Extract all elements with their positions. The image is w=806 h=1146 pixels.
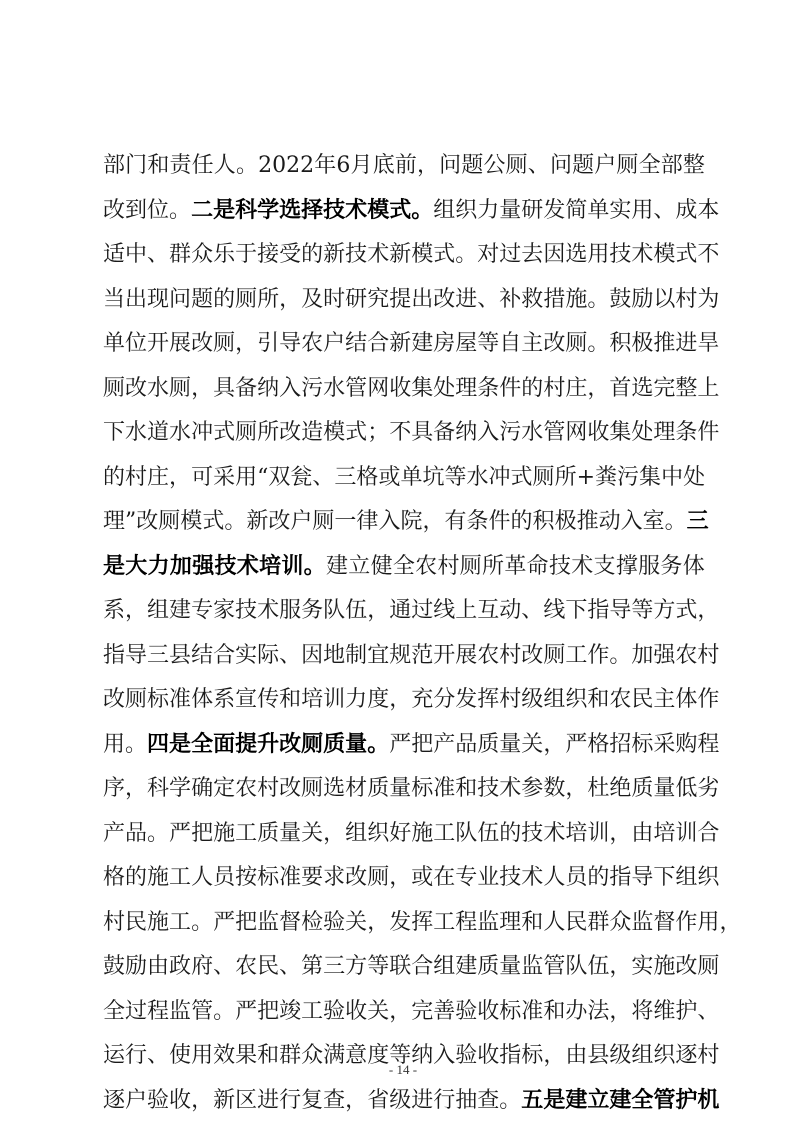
- text-char: 发: [455, 678, 477, 723]
- text-char: 竣: [279, 990, 301, 1035]
- text-char: 式: [675, 589, 697, 634]
- text-char: 导: [631, 856, 653, 901]
- text-char: 改: [125, 367, 147, 412]
- text-char: ，: [235, 322, 257, 367]
- text-char: 系: [103, 589, 125, 634]
- text-char: 质: [367, 767, 389, 812]
- text-char: 部: [103, 144, 125, 189]
- text-char: 训: [675, 812, 697, 857]
- text-char: 改: [191, 322, 213, 367]
- text-char: 度: [367, 678, 389, 723]
- text-char: 省: [367, 1079, 389, 1124]
- text-char: 冲: [191, 411, 213, 456]
- text-char: 单: [103, 322, 125, 367]
- text-char: 厕: [312, 500, 334, 545]
- text-char: 量: [499, 723, 521, 768]
- bold-heading-char: 改: [279, 723, 301, 768]
- text-char: 办: [565, 990, 587, 1035]
- text-char: 理: [499, 901, 521, 946]
- text-char: 质: [631, 767, 653, 812]
- text-line: 逐户验收，新区进行复查，省级进行抽查。五是建立建全管护机: [103, 1079, 705, 1124]
- text-char: 、: [312, 456, 334, 501]
- text-char: 改: [345, 856, 367, 901]
- text-char: 管: [543, 411, 565, 456]
- text-char: 产: [433, 723, 455, 768]
- text-char: 补: [499, 278, 521, 323]
- text-char: 理: [653, 411, 675, 456]
- text-char: 农: [301, 322, 323, 367]
- text-char: 究: [367, 278, 389, 323]
- text-char: 的: [125, 856, 147, 901]
- text-char: ，: [565, 767, 587, 812]
- text-char: 室: [643, 500, 665, 545]
- text-char: 革: [504, 545, 526, 590]
- text-char: 极: [631, 322, 653, 367]
- text-char: 严: [235, 990, 257, 1035]
- text-char: 作: [675, 901, 697, 946]
- text-char: 监: [631, 901, 653, 946]
- text-char: ，: [422, 500, 444, 545]
- text-char: 地: [323, 634, 345, 679]
- text-char: 、: [653, 189, 675, 234]
- text-char: 单: [400, 456, 422, 501]
- text-char: 等: [477, 322, 499, 367]
- text-char: 招: [609, 723, 631, 768]
- text-char: 数: [543, 767, 565, 812]
- text-char: 。: [169, 189, 191, 234]
- text-char: 技: [549, 545, 571, 590]
- text-char: 时: [323, 278, 345, 323]
- text-char: 规: [389, 634, 411, 679]
- text-char: ，: [279, 278, 301, 323]
- text-char: 条: [477, 367, 499, 412]
- text-char: 厕: [103, 367, 125, 412]
- text-char: 分: [433, 678, 455, 723]
- text-char: 问: [439, 144, 461, 189]
- text-char: 组: [345, 812, 367, 857]
- text-char: 自: [499, 322, 521, 367]
- text-char: 污: [301, 367, 323, 412]
- bold-heading-char: 术: [345, 189, 367, 234]
- text-char: 引: [257, 322, 279, 367]
- text-char: 改: [103, 678, 125, 723]
- text-char: 由: [147, 945, 169, 990]
- text-char: 式: [345, 411, 367, 456]
- text-char: 去: [521, 233, 543, 278]
- text-char: 户: [323, 322, 345, 367]
- text-char: 上: [697, 367, 719, 412]
- text-char: 县: [169, 634, 191, 679]
- text-char: 中: [661, 456, 683, 501]
- text-char: ，: [389, 678, 411, 723]
- text-char: 村: [103, 901, 125, 946]
- text-char: 健: [371, 545, 393, 590]
- text-char: 民: [565, 901, 587, 946]
- text-line: 单位开展改厕，引导农户结合新建房屋等自主改厕。积极推进旱: [103, 322, 705, 367]
- text-char: 简: [565, 189, 587, 234]
- text-char: 和: [543, 990, 565, 1035]
- text-char: 模: [653, 233, 675, 278]
- document-page: 部门和责任人。2022年6月底前，问题公厕、问题户厕全部整改到位。二是科学选择技…: [0, 0, 806, 1146]
- text-char: 力: [477, 189, 499, 234]
- text-char: 采: [213, 456, 235, 501]
- text-char: 法: [587, 990, 609, 1035]
- text-char: 完: [653, 367, 675, 412]
- text-char: 极: [555, 500, 577, 545]
- bold-heading-char: 立: [587, 1079, 609, 1124]
- text-char: 入: [378, 500, 400, 545]
- text-char: 际: [257, 634, 279, 679]
- text-char: 作: [587, 634, 609, 679]
- text-char: 制: [345, 634, 367, 679]
- text-char: 程: [697, 723, 719, 768]
- text-char: ，: [609, 990, 631, 1035]
- text-char: 第: [301, 945, 323, 990]
- text-char: 和: [147, 144, 169, 189]
- text-char: 开: [147, 322, 169, 367]
- text-char: 进: [411, 1079, 433, 1124]
- text-char: 管: [191, 990, 213, 1035]
- text-char: 量: [389, 767, 411, 812]
- text-char: 工: [301, 990, 323, 1035]
- text-char: 绝: [609, 767, 631, 812]
- text-char: 件: [489, 500, 511, 545]
- text-char: 水: [323, 367, 345, 412]
- text-char: 一: [334, 500, 356, 545]
- text-char: 改: [521, 634, 543, 679]
- text-char: 技: [521, 812, 543, 857]
- text-char: 队: [323, 589, 345, 634]
- text-char: ，: [323, 812, 345, 857]
- text-char: 学: [169, 767, 191, 812]
- text-char: 前: [395, 144, 417, 189]
- text-char: 冲: [489, 456, 511, 501]
- text-char: 用: [697, 901, 719, 946]
- text-char: 专: [191, 589, 213, 634]
- text-char: 措: [543, 278, 565, 323]
- text-char: 专: [455, 856, 477, 901]
- text-char: 序: [103, 767, 125, 812]
- text-line: 村民施工。严把监督检验关，发挥工程监理和人民群众监督作用，: [103, 901, 705, 946]
- text-char: 护: [675, 990, 697, 1035]
- text-char: 到: [125, 189, 147, 234]
- text-char: 方: [345, 945, 367, 990]
- text-char: 术: [571, 545, 593, 590]
- text-char: 维: [653, 990, 675, 1035]
- text-char: 公: [483, 144, 505, 189]
- bold-heading-char: 加: [170, 545, 192, 590]
- text-char: 众: [609, 901, 631, 946]
- text-char: 等: [367, 945, 389, 990]
- text-char: 村: [543, 367, 565, 412]
- text-char: 准: [521, 990, 543, 1035]
- text-char: 推: [577, 500, 599, 545]
- text-char: 村: [499, 634, 521, 679]
- text-char: 式: [202, 500, 224, 545]
- text-char: 村: [697, 634, 719, 679]
- text-char: 理: [103, 500, 125, 545]
- text-char: 。: [587, 278, 609, 323]
- text-char: 造: [301, 411, 323, 456]
- text-char: 主: [521, 322, 543, 367]
- text-char: 位: [147, 189, 169, 234]
- text-char: 建: [455, 945, 477, 990]
- text-char: ，: [367, 589, 389, 634]
- text-char: 工: [169, 901, 191, 946]
- text-char: 撑: [616, 545, 638, 590]
- text-char: 监: [169, 990, 191, 1035]
- text-char: 、: [521, 589, 543, 634]
- text-char: 。: [609, 634, 631, 679]
- text-char: 验: [147, 1079, 169, 1124]
- text-char: 工: [433, 812, 455, 857]
- text-char: 支: [594, 545, 616, 590]
- bold-heading-char: 式: [389, 189, 411, 234]
- text-char: 采: [653, 723, 675, 768]
- text-char: 的: [511, 500, 533, 545]
- text-char: 建: [169, 589, 191, 634]
- text-char: 结: [191, 634, 213, 679]
- text-char: 积: [533, 500, 555, 545]
- text-char: 农: [477, 634, 499, 679]
- text-char: 人: [214, 144, 236, 189]
- text-char: 严: [169, 812, 191, 857]
- text-char: 组: [675, 856, 697, 901]
- text-char: 技: [609, 233, 631, 278]
- text-char: 有: [444, 500, 466, 545]
- text-char: 挥: [477, 678, 499, 723]
- text-line: 改到位。二是科学选择技术模式。组织力量研发简单实用、成本: [103, 189, 705, 234]
- text-char: 进: [675, 322, 697, 367]
- text-char: 网: [367, 367, 389, 412]
- text-char: 收: [477, 990, 499, 1035]
- text-char: 过: [125, 990, 147, 1035]
- bold-heading-char: 模: [367, 189, 389, 234]
- text-char: 监: [521, 945, 543, 990]
- text-char: 逐: [103, 1079, 125, 1124]
- text-char: 验: [455, 990, 477, 1035]
- text-char: 准: [433, 767, 455, 812]
- text-char: 程: [455, 901, 477, 946]
- text-char: 施: [411, 812, 433, 857]
- text-char: 格: [356, 456, 378, 501]
- text-char: 式: [511, 456, 533, 501]
- bold-heading-char: 学: [257, 189, 279, 234]
- text-line: 用。四是全面提升改厕质量。严把产品质量关，严格招标采购程: [103, 723, 705, 768]
- text-char: ，: [191, 1079, 213, 1124]
- text-char: 水: [125, 411, 147, 456]
- text-char: 等: [631, 589, 653, 634]
- text-char: 或: [378, 456, 400, 501]
- text-char: 水: [521, 411, 543, 456]
- text-char: 备: [235, 367, 257, 412]
- text-char: 查: [477, 1079, 499, 1124]
- text-char: 农: [415, 545, 437, 590]
- text-char: ；: [367, 411, 389, 456]
- text-char: 线: [543, 589, 565, 634]
- text-char: 具: [213, 367, 235, 412]
- text-char: ，: [609, 945, 631, 990]
- text-char: 下: [653, 856, 675, 901]
- text-char: 合: [367, 322, 389, 367]
- text-char: ，: [125, 767, 147, 812]
- text-char: 村: [257, 767, 279, 812]
- text-char: 为: [697, 278, 719, 323]
- text-char: 乐: [213, 233, 235, 278]
- text-char: 伍: [345, 589, 367, 634]
- text-line: 当出现问题的厕所，及时研究提出改进、补救措施。鼓励以村为: [103, 278, 705, 323]
- text-char: 量: [499, 189, 521, 234]
- text-char: 施: [147, 856, 169, 901]
- text-char: 动: [499, 589, 521, 634]
- text-char: 区: [235, 1079, 257, 1124]
- text-char: 培: [653, 812, 675, 857]
- text-char: 组: [433, 189, 455, 234]
- text-char: 系: [213, 678, 235, 723]
- text-char: ，: [609, 812, 631, 857]
- text-char: 粪: [595, 456, 617, 501]
- text-char: 过: [411, 589, 433, 634]
- text-line: 产品。严把施工质量关，组织好施工队伍的技术培训，由培训合: [103, 812, 705, 857]
- text-char: 科: [147, 767, 169, 812]
- text-char: 格: [587, 723, 609, 768]
- text-char: 组: [433, 945, 455, 990]
- text-char: 月: [351, 144, 373, 189]
- text-char: 水: [147, 367, 169, 412]
- text-char: 下: [103, 411, 125, 456]
- text-char: 合: [697, 812, 719, 857]
- text-char: 的: [587, 856, 609, 901]
- bold-heading-char: 管: [653, 1079, 675, 1124]
- text-char: 厕: [616, 144, 638, 189]
- text-char: 人: [543, 901, 565, 946]
- text-char: 及: [301, 278, 323, 323]
- text-char: 改: [136, 500, 158, 545]
- text-char: 民: [631, 678, 653, 723]
- text-char: 模: [411, 233, 433, 278]
- text-line: 全过程监管。严把竣工验收关，完善验收标准和办法，将维护、: [103, 990, 705, 1035]
- text-char: 、: [213, 945, 235, 990]
- bold-heading-char: 科: [235, 189, 257, 234]
- text-char: 厕: [125, 678, 147, 723]
- text-char: 或: [411, 856, 433, 901]
- text-line: 的村庄，可采用“双瓮、三格或单坑等水冲式厕所+粪污集中处: [103, 456, 705, 501]
- text-char: 三: [323, 945, 345, 990]
- text-char: 强: [653, 634, 675, 679]
- text-char: 量: [499, 945, 521, 990]
- text-char: 、: [279, 945, 301, 990]
- text-char: 问: [550, 144, 572, 189]
- text-char: 标: [499, 990, 521, 1035]
- bold-heading-char: 技: [214, 545, 236, 590]
- text-char: 集: [609, 411, 631, 456]
- text-char: 选: [565, 233, 587, 278]
- text-char: 对: [477, 233, 499, 278]
- text-char: 员: [213, 856, 235, 901]
- text-char: 伍: [587, 945, 609, 990]
- text-char: 当: [103, 278, 125, 323]
- text-char: 培: [301, 678, 323, 723]
- text-char: 出: [411, 278, 433, 323]
- bold-heading-char: 。: [367, 723, 389, 768]
- text-char: 进: [257, 1079, 279, 1124]
- text-char: 瓮: [290, 456, 312, 501]
- text-line: 下水道水冲式厕所改造模式；不具备纳入污水管网收集处理条件: [103, 411, 705, 456]
- text-char: 工: [169, 856, 191, 901]
- text-char: 众: [191, 233, 213, 278]
- text-char: ，: [191, 367, 213, 412]
- bold-heading-char: 建: [565, 1079, 587, 1124]
- text-char: 户: [594, 144, 616, 189]
- text-char: 立: [348, 545, 370, 590]
- text-char: 所: [555, 456, 577, 501]
- text-char: 新: [213, 1079, 235, 1124]
- bold-heading-char: 厕: [301, 723, 323, 768]
- text-char: 术: [257, 589, 279, 634]
- text-char: 人: [191, 856, 213, 901]
- text-char: 厕: [213, 322, 235, 367]
- text-char: 展: [169, 322, 191, 367]
- text-char: 用: [235, 456, 257, 501]
- text-char: 导: [279, 322, 301, 367]
- text-char: 命: [527, 545, 549, 590]
- text-char: 把: [257, 990, 279, 1035]
- text-char: 严: [565, 723, 587, 768]
- text-char: 件: [697, 411, 719, 456]
- text-char: 纳: [455, 411, 477, 456]
- text-char: 网: [565, 411, 587, 456]
- text-char: 6: [336, 144, 350, 189]
- text-char: 纳: [257, 367, 279, 412]
- text-char: 下: [565, 589, 587, 634]
- text-char: 所: [257, 411, 279, 456]
- text-char: 购: [675, 723, 697, 768]
- text-char: 厕: [533, 456, 555, 501]
- text-char: 材: [345, 767, 367, 812]
- text-char: 准: [169, 678, 191, 723]
- text-char: 把: [191, 812, 213, 857]
- bold-heading-char: 术: [237, 545, 259, 590]
- text-char: 律: [356, 500, 378, 545]
- text-char: 训: [587, 812, 609, 857]
- text-char: 改: [103, 189, 125, 234]
- text-char: 2022: [258, 144, 314, 189]
- text-char: 和: [455, 767, 477, 812]
- text-char: ，: [389, 856, 411, 901]
- text-char: 培: [565, 812, 587, 857]
- bold-heading-char: 建: [609, 1079, 631, 1124]
- text-char: 服: [279, 589, 301, 634]
- text-char: 把: [411, 723, 433, 768]
- text-char: 污: [499, 411, 521, 456]
- text-char: 务: [660, 545, 682, 590]
- text-char: 业: [477, 856, 499, 901]
- text-char: 成: [675, 189, 697, 234]
- text-char: 受: [279, 233, 301, 278]
- text-char: 。: [499, 1079, 521, 1124]
- text-char: 接: [257, 233, 279, 278]
- text-char: 厕: [565, 322, 587, 367]
- text-char: 伍: [477, 812, 499, 857]
- page-number: - 14 -: [0, 1062, 806, 1078]
- text-char: 织: [455, 189, 477, 234]
- text-char: 家: [213, 589, 235, 634]
- text-char: 农: [609, 678, 631, 723]
- body-paragraph: 部门和责任人。2022年6月底前，问题公厕、问题户厕全部整改到位。二是科学选择技…: [103, 144, 705, 1123]
- text-char: 宣: [235, 678, 257, 723]
- text-char: 和: [587, 678, 609, 723]
- text-char: 处: [631, 411, 653, 456]
